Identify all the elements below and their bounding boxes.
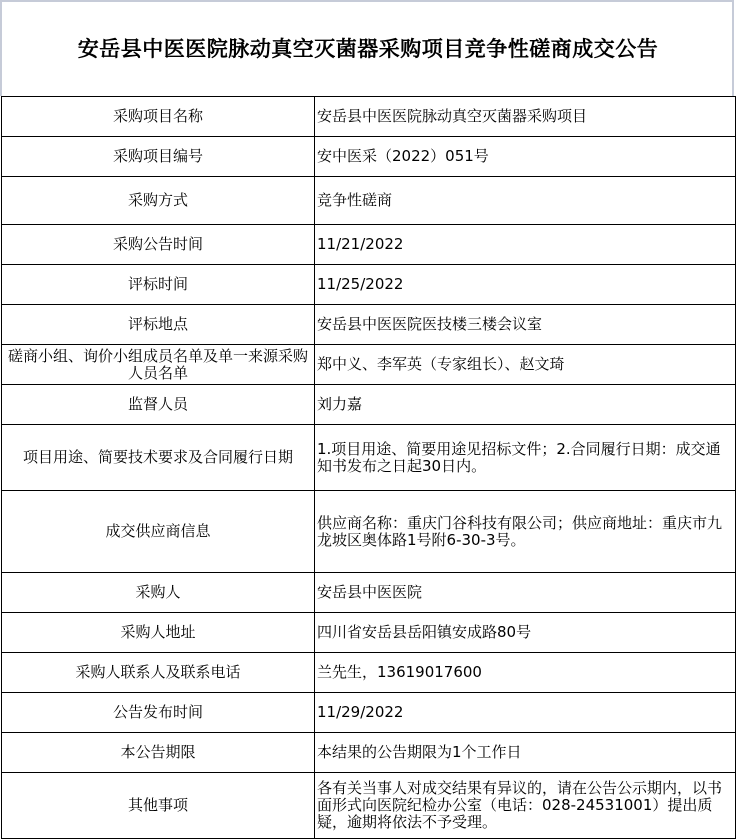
row-value: 刘力嘉 bbox=[315, 385, 736, 425]
row-value: 供应商名称：重庆门谷科技有限公司；供应商地址：重庆市九龙坡区奥体路1号附6-30… bbox=[315, 491, 736, 573]
row-label: 采购项目名称 bbox=[2, 97, 315, 137]
row-label: 采购方式 bbox=[2, 177, 315, 225]
table-row-project-number: 采购项目编号 安中医采（2022）051号 bbox=[2, 137, 736, 177]
table-row-project-purpose: 项目用途、简要技术要求及合同履行日期 1.项目用途、简要用途见招标文件；2.合同… bbox=[2, 425, 736, 491]
row-label: 其他事项 bbox=[2, 773, 315, 839]
row-label: 评标时间 bbox=[2, 265, 315, 305]
table-row-supplier-info: 成交供应商信息 供应商名称：重庆门谷科技有限公司；供应商地址：重庆市九龙坡区奥体… bbox=[2, 491, 736, 573]
row-value: 郑中义、李军英（专家组长）、赵文琦 bbox=[315, 345, 736, 385]
row-label: 监督人员 bbox=[2, 385, 315, 425]
row-value: 11/29/2022 bbox=[315, 693, 736, 733]
row-value: 11/21/2022 bbox=[315, 225, 736, 265]
table-row-purchaser-contact: 采购人联系人及联系电话 兰先生，13619017600 bbox=[2, 653, 736, 693]
page-title: 安岳县中医医院脉动真空灭菌器采购项目竞争性磋商成交公告 bbox=[0, 0, 736, 96]
row-label: 评标地点 bbox=[2, 305, 315, 345]
row-value: 1.项目用途、简要用途见招标文件；2.合同履行日期：成交通知书发布之日起30日内… bbox=[315, 425, 736, 491]
table-row-panel-members: 磋商小组、询价小组成员名单及单一来源采购人员名单 郑中义、李军英（专家组长）、赵… bbox=[2, 345, 736, 385]
table-row-other-matters: 其他事项 各有关当事人对成交结果有异议的，请在公告公示期内，以书面形式向医院纪检… bbox=[2, 773, 736, 839]
table-row-announcement-period: 本公告期限 本结果的公告期限为1个工作日 bbox=[2, 733, 736, 773]
row-label: 采购人 bbox=[2, 573, 315, 613]
row-value: 本结果的公告期限为1个工作日 bbox=[315, 733, 736, 773]
row-label: 磋商小组、询价小组成员名单及单一来源采购人员名单 bbox=[2, 345, 315, 385]
table-row-project-name: 采购项目名称 安岳县中医医院脉动真空灭菌器采购项目 bbox=[2, 97, 736, 137]
table-row-publish-time: 公告发布时间 11/29/2022 bbox=[2, 693, 736, 733]
table-row-supervisor: 监督人员 刘力嘉 bbox=[2, 385, 736, 425]
row-label: 采购人联系人及联系电话 bbox=[2, 653, 315, 693]
row-value: 安岳县中医医院 bbox=[315, 573, 736, 613]
row-value: 兰先生，13619017600 bbox=[315, 653, 736, 693]
table-row-evaluation-time: 评标时间 11/25/2022 bbox=[2, 265, 736, 305]
row-value: 四川省安岳县岳阳镇安成路80号 bbox=[315, 613, 736, 653]
row-label: 采购项目编号 bbox=[2, 137, 315, 177]
table-row-evaluation-location: 评标地点 安岳县中医医院医技楼三楼会议室 bbox=[2, 305, 736, 345]
table-row-purchaser-address: 采购人地址 四川省安岳县岳阳镇安成路80号 bbox=[2, 613, 736, 653]
row-value: 11/25/2022 bbox=[315, 265, 736, 305]
table-row-purchaser: 采购人 安岳县中医医院 bbox=[2, 573, 736, 613]
row-label: 采购公告时间 bbox=[2, 225, 315, 265]
announcement-table: 采购项目名称 安岳县中医医院脉动真空灭菌器采购项目 采购项目编号 安中医采（20… bbox=[1, 96, 736, 839]
row-value: 安岳县中医医院医技楼三楼会议室 bbox=[315, 305, 736, 345]
row-value: 安岳县中医医院脉动真空灭菌器采购项目 bbox=[315, 97, 736, 137]
table-row-procurement-method: 采购方式 竞争性磋商 bbox=[2, 177, 736, 225]
row-label: 成交供应商信息 bbox=[2, 491, 315, 573]
row-label: 项目用途、简要技术要求及合同履行日期 bbox=[2, 425, 315, 491]
row-value: 各有关当事人对成交结果有异议的，请在公告公示期内，以书面形式向医院纪检办公室（电… bbox=[315, 773, 736, 839]
row-label: 公告发布时间 bbox=[2, 693, 315, 733]
row-label: 本公告期限 bbox=[2, 733, 315, 773]
row-label: 采购人地址 bbox=[2, 613, 315, 653]
row-value: 竞争性磋商 bbox=[315, 177, 736, 225]
table-row-announcement-time: 采购公告时间 11/21/2022 bbox=[2, 225, 736, 265]
row-value: 安中医采（2022）051号 bbox=[315, 137, 736, 177]
